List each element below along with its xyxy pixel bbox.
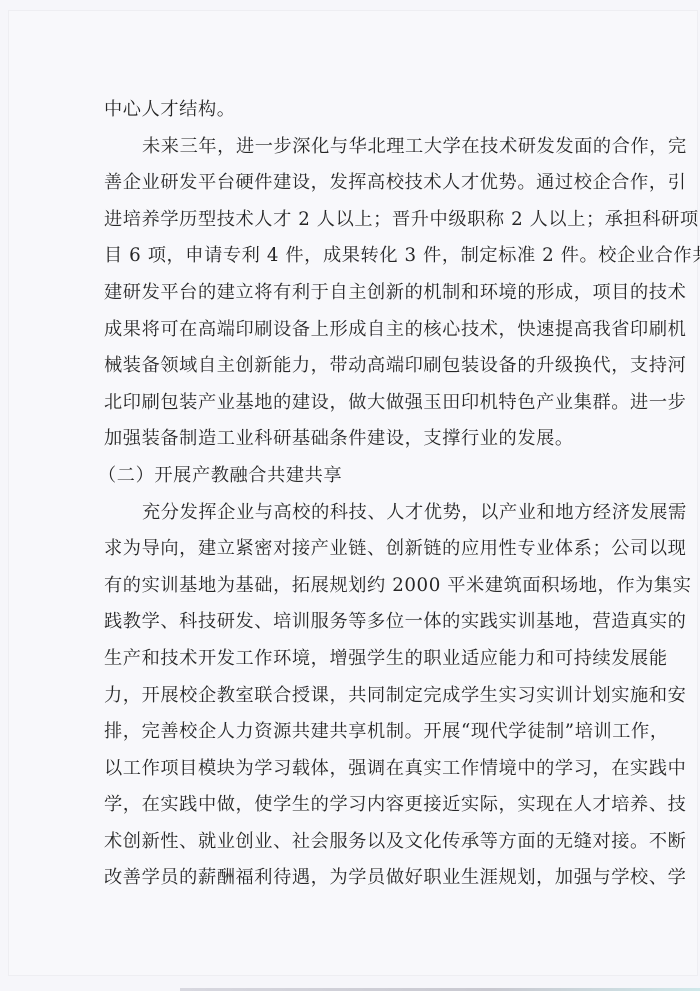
text-line: 以工作项目模块为学习载体，强调在真实工作情境中的学习，在实践中: [104, 751, 649, 788]
text-line: 学，在实践中做，使学生的学习内容更接近实际，实现在人才培养、技: [104, 787, 649, 824]
document-body: 中心人才结构。 未来三年，进一步深化与华北理工大学在技术研发发面的合作，完 善企…: [104, 92, 649, 897]
text-line: 术创新性、就业创业、社会服务以及文化传承等方面的无缝对接。不断: [104, 824, 649, 861]
text-line: 改善学员的薪酬福利待遇，为学员做好职业生涯规划，加强与学校、学: [104, 860, 649, 897]
text-line: 求为导向，建立紧密对接产业链、创新链的应用性专业体系；公司以现: [104, 531, 649, 568]
text-line: 目 6 项，申请专利 4 件，成果转化 3 件，制定标准 2 件。校企业合作共: [104, 238, 649, 275]
paragraph-start-line: 未来三年，进一步深化与华北理工大学在技术研发发面的合作，完: [104, 129, 649, 166]
text-line: 中心人才结构。: [104, 92, 649, 129]
section-heading: （二）开展产教融合共建共享: [98, 458, 649, 495]
text-line: 善企业研发平台硬件建设，发挥高校技术人才优势。通过校企合作，引: [104, 165, 649, 202]
text-line: 生产和技术开发工作环境，增强学生的职业适应能力和可持续发展能: [104, 641, 649, 678]
text-line: 排，完善校企人力资源共建共享机制。开展“现代学徒制”培训工作，: [104, 714, 649, 751]
paragraph-start-line: 充分发挥企业与高校的科技、人才优势，以产业和地方经济发展需: [104, 495, 649, 532]
text-line: 践教学、科技研发、培训服务等多位一体的实践实训基地，营造真实的: [104, 604, 649, 641]
text-line: 成果将可在高端印刷设备上形成自主的核心技术，快速提高我省印刷机: [104, 312, 649, 349]
text-line: 力，开展校企教室联合授课，共同制定完成学生实习实训计划实施和安: [104, 678, 649, 715]
text-line: 加强装备制造工业科研基础条件建设，支撑行业的发展。: [104, 421, 649, 458]
text-line: 北印刷包装产业基地的建设，做大做强玉田印机特色产业集群。进一步: [104, 385, 649, 422]
text-line: 建研发平台的建立将有利于自主创新的机制和环境的形成，项目的技术: [104, 275, 649, 312]
text-line: 械装备领域自主创新能力，带动高端印刷包装设备的升级换代，支持河: [104, 348, 649, 385]
text-line: 有的实训基地为基础，拓展规划约 2000 平米建筑面积场地，作为集实: [104, 568, 649, 605]
text-line: 进培养学历型技术人才 2 人以上；晋升中级职称 2 人以上；承担科研项: [104, 202, 649, 239]
